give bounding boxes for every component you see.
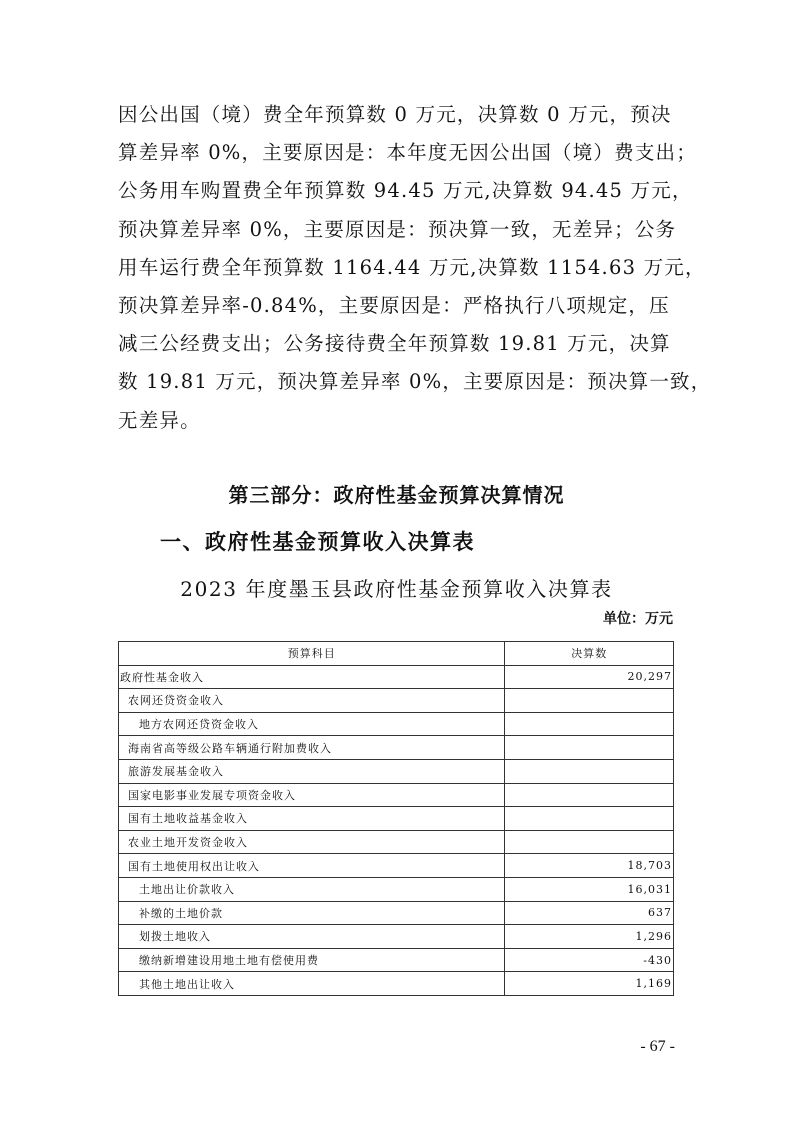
budget-table: 预算科目 决算数 政府性基金收入20,297农网还贷资金收入地方农网还贷资金收入… <box>118 641 674 996</box>
table-row: 划拨土地收入1,296 <box>119 925 674 949</box>
budget-item-name: 政府性基金收入 <box>119 665 505 689</box>
table-row: 土地出让价款收入16,031 <box>119 877 674 901</box>
final-amount-value <box>505 759 674 783</box>
final-amount-value <box>505 830 674 854</box>
body-line: 算差异率 0%，主要原因是：本年度无因公出国（境）费支出； <box>118 134 678 172</box>
final-amount-value: 18,703 <box>505 854 674 878</box>
body-line: 公务用车购置费全年预算数 94.45 万元,决算数 94.45 万元， <box>118 172 678 210</box>
body-paragraph: 因公出国（境）费全年预算数 0 万元，决算数 0 万元，预决 算差异率 0%，主… <box>118 96 678 440</box>
body-line: 因公出国（境）费全年预算数 0 万元，决算数 0 万元，预决 <box>118 96 678 134</box>
body-line: 预决算差异率 0%，主要原因是：预决算一致，无差异；公务 <box>118 211 678 249</box>
final-amount-value: 1,296 <box>505 925 674 949</box>
part-title: 第三部分：政府性基金预算决算情况 <box>0 479 793 508</box>
unit-label: 单位：万元 <box>603 608 673 628</box>
final-amount-value: 20,297 <box>505 665 674 689</box>
table-title: 2023 年度墨玉县政府性基金预算收入决算表 <box>0 573 793 602</box>
budget-item-name: 地方农网还贷资金收入 <box>119 712 505 736</box>
table-row: 海南省高等级公路车辆通行附加费收入 <box>119 736 674 760</box>
budget-item-name: 国家电影事业发展专项资金收入 <box>119 783 505 807</box>
budget-item-name: 其他土地出让收入 <box>119 972 505 996</box>
budget-item-name: 国有土地收益基金收入 <box>119 807 505 831</box>
table-row: 农网还贷资金收入 <box>119 689 674 713</box>
final-amount-value: 637 <box>505 901 674 925</box>
final-amount-value <box>505 689 674 713</box>
table-row: 缴纳新增建设用地土地有偿使用费-430 <box>119 948 674 972</box>
final-amount-value: 1,169 <box>505 972 674 996</box>
final-amount-value <box>505 783 674 807</box>
table-row: 政府性基金收入20,297 <box>119 665 674 689</box>
final-amount-value <box>505 807 674 831</box>
table-row: 地方农网还贷资金收入 <box>119 712 674 736</box>
budget-item-name: 海南省高等级公路车辆通行附加费收入 <box>119 736 505 760</box>
header-budget-item: 预算科目 <box>119 642 505 666</box>
body-line: 预决算差异率-0.84%，主要原因是：严格执行八项规定，压 <box>118 287 678 325</box>
budget-item-name: 农业土地开发资金收入 <box>119 830 505 854</box>
table-body: 政府性基金收入20,297农网还贷资金收入地方农网还贷资金收入海南省高等级公路车… <box>119 665 674 995</box>
budget-item-name: 补缴的土地价款 <box>119 901 505 925</box>
budget-item-name: 土地出让价款收入 <box>119 877 505 901</box>
table-row: 国家电影事业发展专项资金收入 <box>119 783 674 807</box>
body-line: 无差异。 <box>118 402 678 440</box>
body-line: 用车运行费全年预算数 1164.44 万元,决算数 1154.63 万元， <box>118 249 678 287</box>
table-row: 国有土地使用权出让收入18,703 <box>119 854 674 878</box>
final-amount-value: -430 <box>505 948 674 972</box>
budget-item-name: 旅游发展基金收入 <box>119 759 505 783</box>
final-amount-value <box>505 712 674 736</box>
header-final-amount: 决算数 <box>505 642 674 666</box>
budget-item-name: 划拨土地收入 <box>119 925 505 949</box>
final-amount-value: 16,031 <box>505 877 674 901</box>
body-line: 减三公经费支出；公务接待费全年预算数 19.81 万元，决算 <box>118 325 678 363</box>
table-row: 农业土地开发资金收入 <box>119 830 674 854</box>
budget-item-name: 国有土地使用权出让收入 <box>119 854 505 878</box>
body-line: 数 19.81 万元，预决算差异率 0%，主要原因是：预决算一致， <box>118 363 678 401</box>
budget-item-name: 缴纳新增建设用地土地有偿使用费 <box>119 948 505 972</box>
final-amount-value <box>505 736 674 760</box>
table-row: 旅游发展基金收入 <box>119 759 674 783</box>
table-row: 其他土地出让收入1,169 <box>119 972 674 996</box>
section-title: 一、政府性基金预算收入决算表 <box>160 526 475 556</box>
page-number: - 67 - <box>640 1038 675 1056</box>
table-row: 补缴的土地价款637 <box>119 901 674 925</box>
table-row: 国有土地收益基金收入 <box>119 807 674 831</box>
budget-item-name: 农网还贷资金收入 <box>119 689 505 713</box>
table-header-row: 预算科目 决算数 <box>119 642 674 666</box>
